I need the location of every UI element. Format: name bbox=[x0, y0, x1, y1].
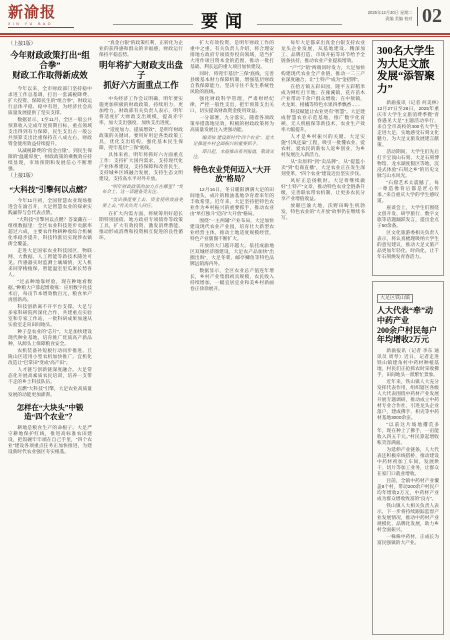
quote-block: “明年财政政策的加力点在哪里？”发布会上，这一话题备受关注。“支出强度要上去，资… bbox=[99, 184, 183, 209]
paragraph: 强化财政科学管理，严肃财经纪律，严控一般性支出，把牢预算支出关口，切实提高财政资… bbox=[190, 96, 274, 114]
paragraph: 近年来，铁山镇人大充分发挥代表作用，组织辖区各级人大代表围绕中药材产业发展开展专… bbox=[377, 379, 439, 421]
article-fiscal-review: （上接1版） 今年财政政策打出“组合拳” 财政工作取得新成效 今年以来，全市财政… bbox=[8, 41, 92, 172]
article-headline: 明年将扩大财政支出盘子 抓好六方面重点工作 bbox=[99, 61, 183, 92]
paragraph: 在扩大内需方面，将统筹用好超长期特别国债、地方政府专项债券等政策工具，扩大有效投… bbox=[99, 211, 183, 241]
article-big-tech: （上接1版） “大科技”引擎何以点燃？ 今年11月初，全国智慧农业现场推进会在渝… bbox=[8, 173, 92, 398]
paragraph: 数据显示，全区农业总产值连年增长，乡村产业集群初具规模，农民收入持续增加，一幅宜… bbox=[190, 268, 274, 292]
paragraph: 编者按 建设新时代“四个农业”，是大足推进乡村全面振兴的重要抓手。 bbox=[193, 135, 274, 147]
paragraph: 风好正是扬帆时。大足将继续做好“土特产”文章，推动特色农业全链条升级，完善联农带… bbox=[281, 178, 365, 202]
paragraph: 人才是乡村振兴的关键。大足实施“引凤还巢”工程，吸引一批懂农业、爱农村、爱农民的… bbox=[281, 134, 365, 158]
paragraph: 为延伸产业链条，人大代表还积极牵线搭桥，推动建设中药材初加工车间，发展烘干、切片… bbox=[377, 447, 439, 477]
section-title: 要闻 bbox=[193, 7, 257, 32]
paragraph: 新渝报讯（记者 李东 通讯员 周琴）近日，记者走进铁山镇建角村中药材种植基地，村… bbox=[377, 348, 439, 378]
paragraph: 数据显示，1至11月，全区一般公共预算收入完成年度预期目标，重点领域支出得到有力… bbox=[8, 117, 92, 147]
article-headline: 300名大学生 为大足文旅发展“添智聚力” bbox=[377, 46, 439, 96]
article-brief-box: 大足区铁山镇 人大代表“牵”动中药产业 200余户村民每户年均增收2万元 新渝报… bbox=[372, 281, 444, 635]
paragraph: 今年11月初，全国智慧农业现场推进会在渝召开，大足智慧农业的探索实践赢得与会代表… bbox=[8, 198, 92, 216]
paragraph: 放眼巴渝大地，沃野田畴生机勃发，特色农业的“大开放”故事仍在继续书写。 bbox=[281, 203, 365, 221]
column-3: 扩大有效投资，是明年财政工作的重中之重。有关负责人介绍，将合理安排地方政府专项债… bbox=[190, 40, 274, 635]
paragraph: 科技创新离不开平台支撑。大足与多家科研院所深化合作，共建重点实验室和专家工作站，… bbox=[8, 304, 92, 328]
paragraph: 活动期间，大学生们先后打卡宝顶山石刻、大足石刻博物馆、龙水湖度假区等地，沉浸式体… bbox=[377, 149, 439, 179]
article-students-box: 300名大学生 为大足文旅发展“添智聚力” 新渝报讯（记者 何美林）12月27日… bbox=[372, 40, 444, 276]
paragraph: 围绕“一主两辅”产业布局，大足加快建设现代农业产业园，培育壮大新型农业经营主体，… bbox=[190, 218, 274, 242]
paragraph: 今年以来，全市财政部门坚持稳中求进工作总基调，打出一套减税降费、扩大投资、保障民… bbox=[8, 86, 92, 116]
page-content: （上接1版） 今年财政政策打出“组合拳” 财政工作取得新成效 今年以来，全市财政… bbox=[8, 40, 444, 635]
column-4: 每年大足都拿出真金白银支持农业龙头企业发展，从基地建设、精深加工、品牌打造、市场… bbox=[281, 40, 365, 635]
paragraph: 每年大足都拿出真金白银支持农业龙头企业发展，从基地建设、精深加工、品牌打造、市场… bbox=[281, 40, 365, 64]
article-fiscal-next-year-continued: 扩大有效投资，是明年财政工作的重中之重。有关负责人介绍，将合理安排地方政府专项债… bbox=[190, 40, 274, 133]
paragraph: 同时，将兜牢基层“三保”底线，完善县级基本财力保障机制，增强基层财政自我保障能力… bbox=[190, 71, 274, 95]
article-fiscal-next-year: 明年将扩大财政支出盘子 抓好六方面重点工作 中央经济工作会议明确，明年要实施更加… bbox=[99, 61, 183, 241]
paragraph: 点燃“大科技”引擎，大足农业高质量发展的动能更加澎湃。 bbox=[8, 386, 92, 398]
paragraph: 在拾万镇五彩田园，隆平五彩稻米成为网红打卡地；在雍溪镇，花卉苗木产业带动千余户群… bbox=[281, 84, 365, 108]
article-headline: 今年财政政策打出“组合拳” 财政工作取得新成效 bbox=[8, 51, 92, 82]
paragraph: “过去种地靠经验，现在种地看数据。”种粮大户算起增收账：应用数字化技术后，每亩节… bbox=[8, 279, 92, 303]
column-2: “真金白银”的政策红利，正转化为企业的获得感和群众的幸福感，财政运行保持平稳态势… bbox=[99, 40, 183, 635]
article-big-block: 怎样在“大块头”中锻造“四个农业”？ 耕地是粮食生产的命根子。大足严守耕地保护红… bbox=[8, 403, 92, 455]
page-number-divider bbox=[417, 7, 418, 26]
paragraph: 耕地是粮食生产的命根子。大足严守耕地保护红线，推进高标准农田建设，把饭碗牢牢端在… bbox=[8, 425, 92, 455]
paragraph: 中央经济工作会议明确，明年要实施更加积极的财政政策，持续用力、更加给力。财政部有… bbox=[99, 96, 183, 126]
article-fiscal-review-continued: “真金白银”的政策红利，正转化为企业的获得感和群众的幸福感，财政运行保持平稳态势… bbox=[99, 40, 183, 58]
paragraph: 铁山镇人大相关负责人表示，下一步将持续跟踪监督产业发展情况，推动中药材产业规模化… bbox=[377, 503, 439, 533]
header-meta: 2025年12月30日 星期二 责编 美编 校对 02 bbox=[368, 6, 442, 26]
paragraph: 座谈会上，大学生们围绕文创开发、研学旅行、数字文旅等话题踊跃发言，提出金点子50… bbox=[377, 205, 439, 229]
paragraph: 具体来看，明年将抓好六方面重点工作：支持扩大国内需求，支持现代化产业体系建设，支… bbox=[99, 152, 183, 182]
newspaper-page: 新渝报 XIN YU BAO 要闻 2025年12月30日 星期二 责编 美编 … bbox=[0, 0, 450, 640]
staff-line: 责编 美编 校对 bbox=[368, 16, 413, 22]
paragraph: 走进大足国家农业科技园区，物联网、大数据、人工智能等新技术随处可见。传感器实时监… bbox=[8, 248, 92, 278]
column-1: （上接1版） 今年财政政策打出“组合拳” 财政工作取得新成效 今年以来，全市财政… bbox=[8, 40, 92, 635]
paragraph: 一分部署，九分落实。随着各项政策举措落地见效，积极的财政政策将为高质量发展注入更… bbox=[190, 115, 274, 133]
article-body: 新渝报讯（记者 何美林）12月27日至28日，2025年重庆市大学生文旅消费季暨… bbox=[377, 100, 439, 260]
paragraph: 12月16日，冬日暖阳洒满大足的田间地头，成片的粮油基地孕育着来年的丰收希望。近… bbox=[190, 187, 274, 217]
article-special-agriculture-continued: 每年大足都拿出真金白银支持农业龙头企业发展，从基地建设、精深加工、品牌打造、市场… bbox=[281, 40, 365, 221]
paragraph: 从“卖原料”到“卖品牌”，从“提篮小卖”到“电商直播”，大足农业正在发生深刻变革… bbox=[281, 159, 365, 177]
article-body: 在扩大内需方面，将统筹用好超长期特别国债、地方政府专项债券等政策工具，扩大有效投… bbox=[99, 211, 183, 241]
article-headline: “大科技”引擎何以点燃？ bbox=[8, 185, 92, 194]
article-body: 中央经济工作会议明确，明年要实施更加积极的财政政策，持续用力、更加给力。财政部有… bbox=[99, 96, 183, 182]
masthead: 新渝报 XIN YU BAO bbox=[8, 5, 78, 28]
masthead-red-rule bbox=[0, 33, 450, 37]
article-headline: 怎样在“大块头”中锻造“四个农业”？ bbox=[8, 403, 92, 421]
continuation-marker: （上接1版） bbox=[8, 173, 92, 180]
logo-pinyin: XIN YU BAO bbox=[8, 22, 78, 26]
paragraph: “真金白银”的政策红利，正转化为企业的获得感和群众的幸福感，财政运行保持平稳态势… bbox=[99, 40, 183, 58]
paragraph: “大科技”引擎何以点燃？答案藏在一组组数据里：全区农业科技进步贡献率超过六成，主… bbox=[8, 217, 92, 247]
continuation-marker: （上接1版） bbox=[8, 41, 92, 48]
page-number: 02 bbox=[422, 6, 442, 26]
article-body: 新渝报讯（记者 李东 通讯员 周琴）近日，记者走进铁山镇建角村中药材种植基地，村… bbox=[377, 348, 439, 546]
paragraph: 种子是农业的“芯片”。大足加快建设现代种业基地，培育推广优质高产新品种，从源头上… bbox=[8, 329, 92, 347]
article-body: 耕地是粮食生产的命根子。大足严守耕地保护红线，推进高标准农田建设，把饭碗牢牢端在… bbox=[8, 425, 92, 455]
paragraph: 开放的大门越开越大。依托成渝地区双城经济圈建设，大足农产品加快“出圈出海”，大足… bbox=[190, 243, 274, 267]
paragraph: 一株株中药材，正成长为富民强镇的大产业。 bbox=[377, 534, 439, 546]
newspaper-logo: 新渝报 bbox=[8, 5, 78, 21]
paragraph: 人才链与创新链深度融合。大足常态化开展高素质农民培训，培养一支带不走的乡土科技队… bbox=[8, 367, 92, 385]
article-body: 今年以来，全市财政部门坚持稳中求进工作总基调，打出一套减税降费、扩大投资、保障民… bbox=[8, 86, 92, 172]
paragraph: “支出强度要上去，资金使用效益更要上去。”有关负责人回应。 bbox=[102, 197, 183, 209]
paragraph: 即日起，本报推出系列报道，敬请关注。 bbox=[193, 149, 274, 161]
paragraph: “适度加力、提质增效”，是明年财政政策的关键词。要用好用足各类政策工具，优化支出… bbox=[99, 127, 183, 151]
article-body: 12月16日，冬日暖阳洒满大足的田间地头，成片的粮油基地孕育着来年的丰收希望。近… bbox=[190, 187, 274, 292]
paragraph: “明年财政政策的加力点在哪里？”发布会上，这一话题备受关注。 bbox=[102, 184, 183, 196]
paragraph: 科技赋能让农业更有“智慧”。大足建成智慧农业示范基地，推广数字化育秧、无人机植保… bbox=[281, 109, 365, 133]
paragraph: 新渝报讯（记者 何美林）12月27日至28日，2025年重庆市大学生文旅消费季暨… bbox=[377, 100, 439, 148]
paragraph: “产”与“销”两端同时发力，大足加快构建现代农业全产业链，推动一二三产业深度融合… bbox=[281, 65, 365, 83]
date-block: 2025年12月30日 星期二 责编 美编 校对 bbox=[368, 10, 413, 21]
paragraph: 从减税降费的“真金白银”，到民生保障的“温暖厚度”，财政政策的乘数效应持续显现，… bbox=[8, 148, 92, 172]
article-special-agriculture: 编者按 建设新时代“四个农业”，是大足推进乡村全面振兴的重要抓手。即日起，本报推… bbox=[190, 135, 274, 292]
logo-underline bbox=[8, 27, 74, 28]
paragraph: 目前，全镇中药材产业覆盖8个村，带动200余户村民户均年增收2万元，中药材产业成… bbox=[377, 478, 439, 502]
paragraph: 区文化旅游委相关负责人表示，将认真梳理吸纳大学生的意见建议，推动大足文旅产品更加… bbox=[377, 230, 439, 260]
brief-kicker: 大足区铁山镇 bbox=[377, 294, 413, 304]
paragraph: “以前这片坡地撂荒多年，现在种上了佛手，一亩能收入四五千元。”村民算起增收账笑容… bbox=[377, 422, 439, 446]
paragraph: 农机装备补短板行动同步推进。丘陵山区适用小型农机加快推广，宜机化改造让“巴掌田”… bbox=[8, 348, 92, 366]
paragraph: 扩大有效投资，是明年财政工作的重中之重。有关负责人介绍，将合理安排地方政府专项债… bbox=[190, 40, 274, 70]
article-headline: 人大代表“牵”动中药产业 200余户村民每户年均增收2万元 bbox=[377, 306, 439, 345]
editor-note: 编者按 建设新时代“四个农业”，是大足推进乡村全面振兴的重要抓手。即日起，本报推… bbox=[190, 135, 274, 160]
article-body: 今年11月初，全国智慧农业现场推进会在渝召开，大足智慧农业的探索实践赢得与会代表… bbox=[8, 198, 92, 398]
article-headline: 特色农业凭何迈入“大开放”格局？ bbox=[190, 165, 274, 183]
page-header: 新渝报 XIN YU BAO 要闻 2025年12月30日 星期二 责编 美编 … bbox=[8, 3, 442, 31]
paragraph: “石窟艺术太震撼了，每一尊造像背后都是匠心传承。”来自重庆大学的学生感叹道。 bbox=[377, 180, 439, 204]
right-rail: 300名大学生 为大足文旅发展“添智聚力” 新渝报讯（记者 何美林）12月27日… bbox=[372, 40, 444, 635]
